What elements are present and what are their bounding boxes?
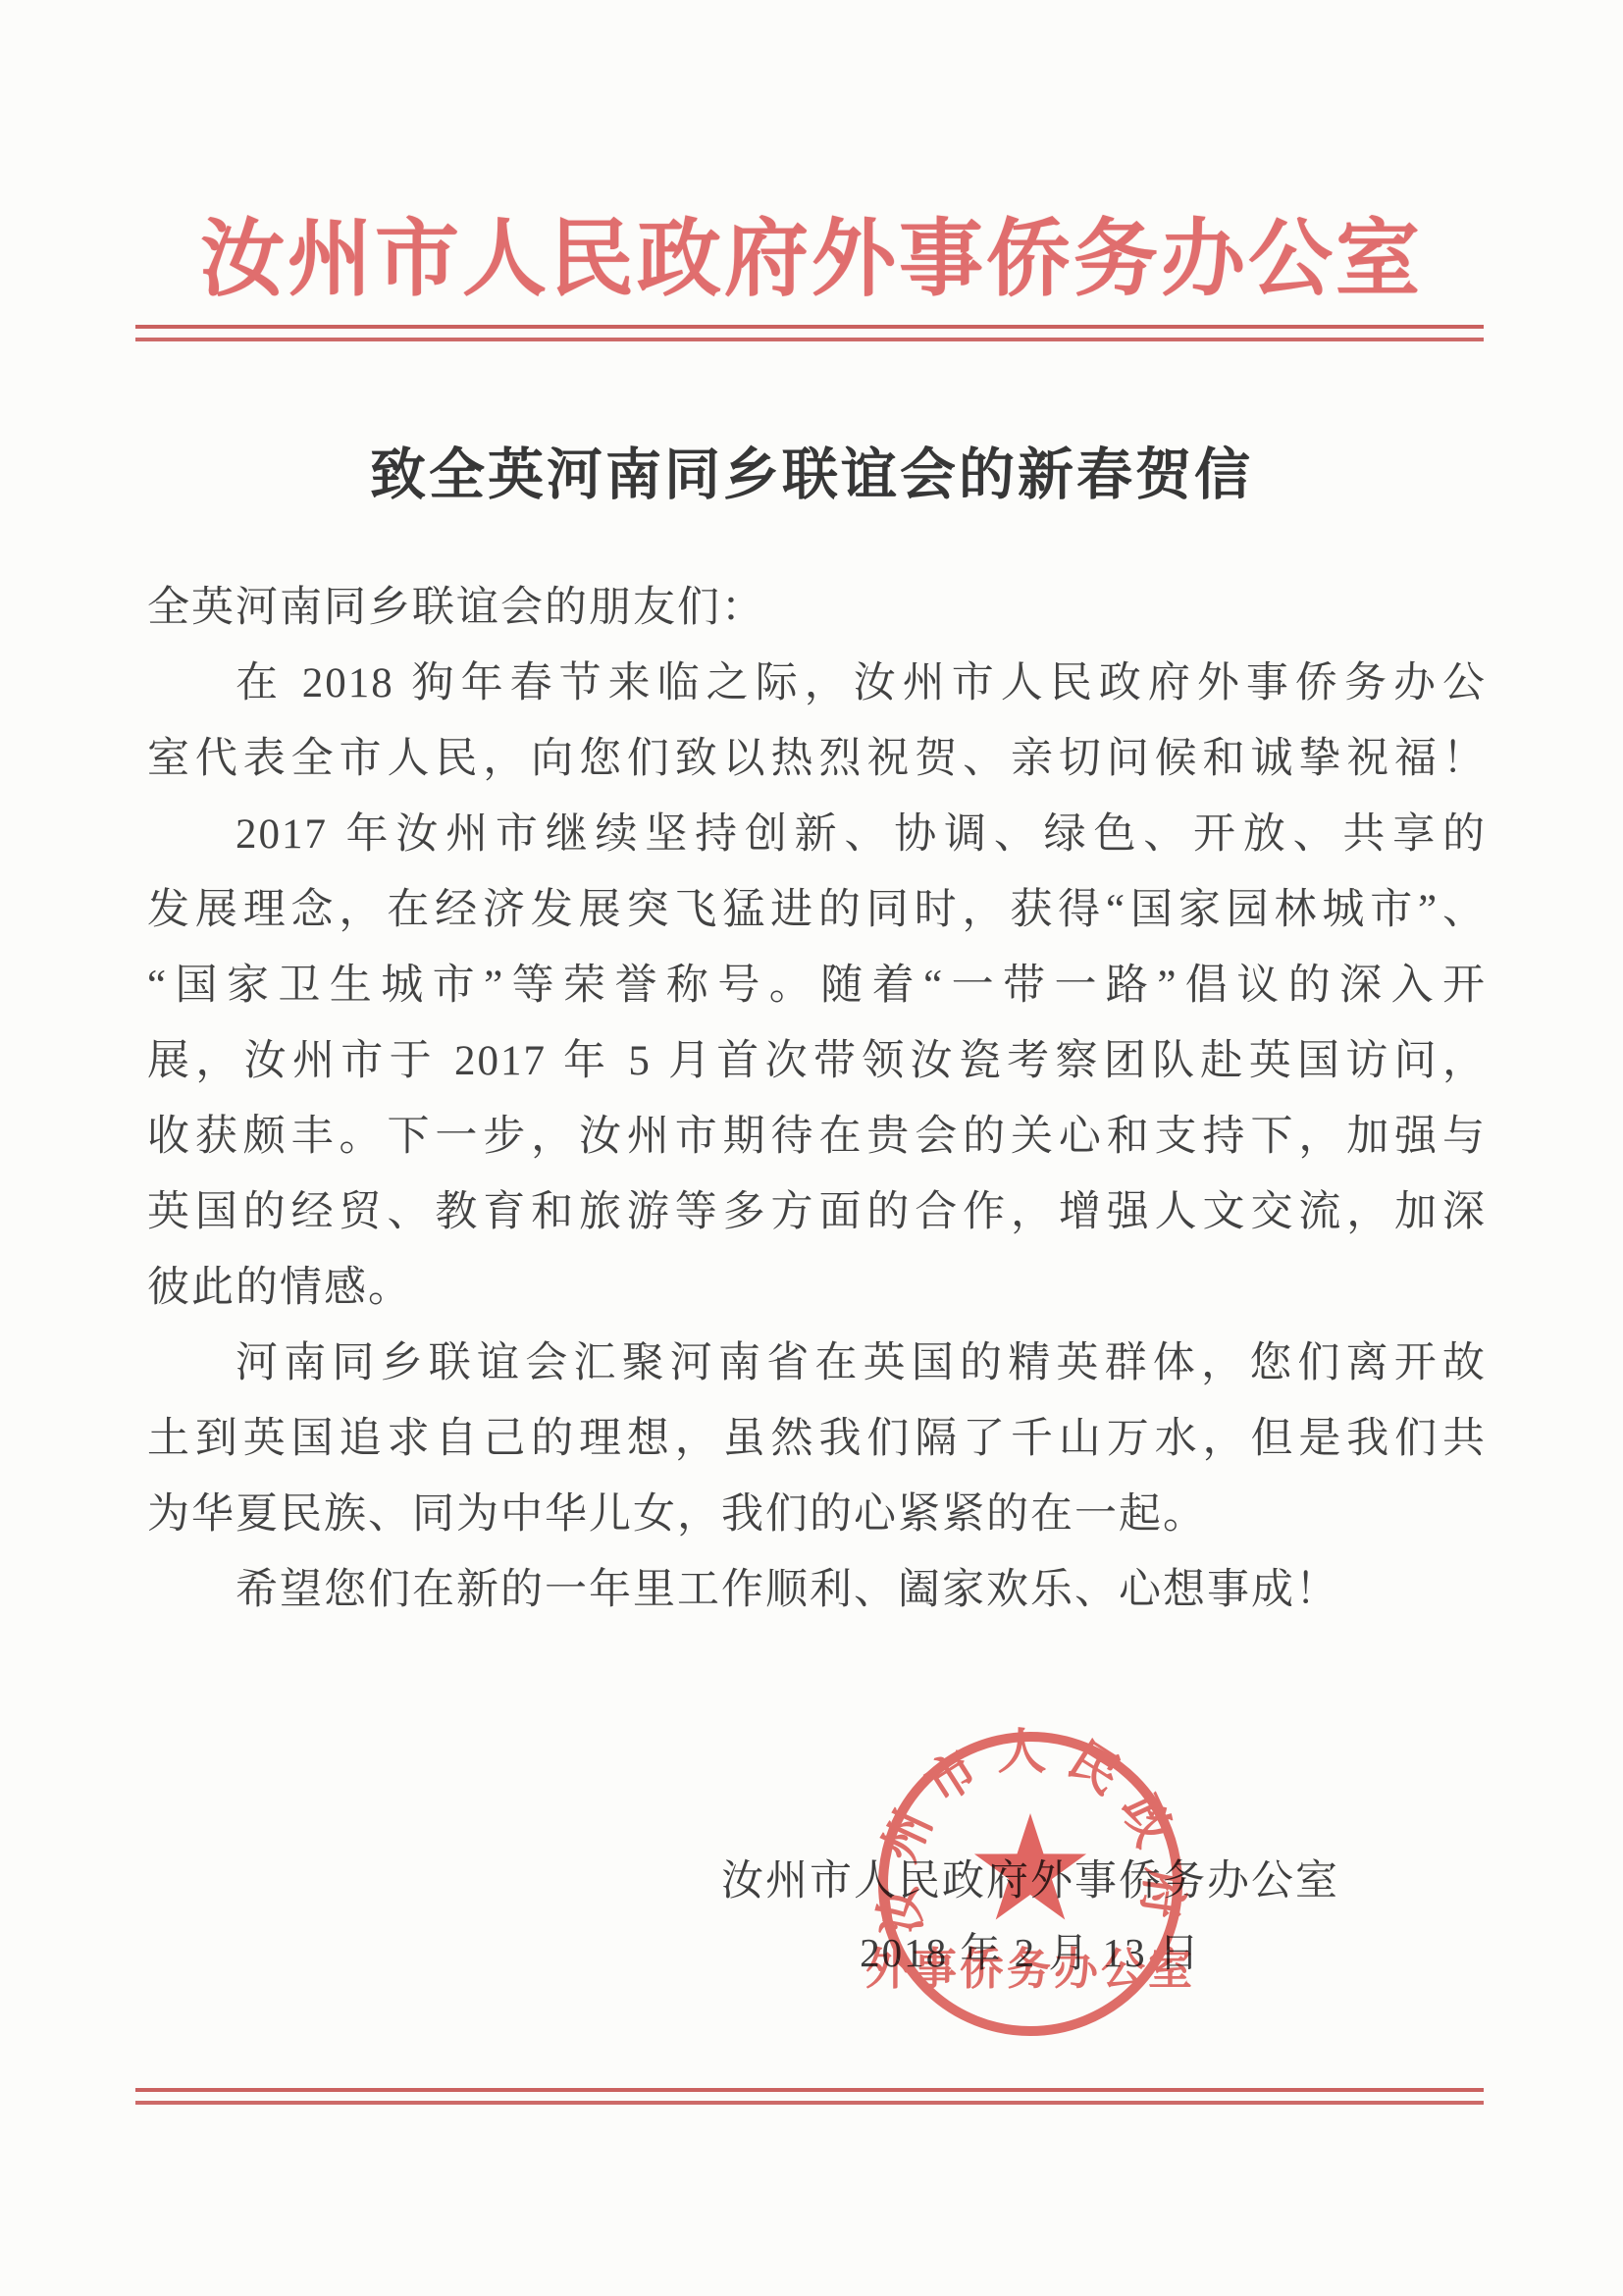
body-line: 希望您们在新的一年里工作顺利、阖家欢乐、心想事成！ bbox=[147, 1552, 1487, 1628]
body-line: 发展理念，在经济发展突飞猛进的同时，获得“国家园林城市”、 bbox=[147, 872, 1487, 948]
body-line: 彼此的情感。 bbox=[147, 1250, 1487, 1326]
letter-body: 全英河南同乡联谊会的朋友们： 在 2018 狗年春节来临之际，汝州市人民政府外事… bbox=[147, 570, 1487, 1628]
letter-title: 致全英河南同乡联谊会的新春贺信 bbox=[0, 430, 1623, 510]
footer-rule-lower bbox=[135, 2101, 1484, 2105]
body-line: “国家卫生城市”等荣誉称号。随着“一带一路”倡议的深入开 bbox=[147, 948, 1487, 1023]
seal-bottom-text: 外事侨务办公室 bbox=[865, 1945, 1195, 1994]
scanned-letter-page: 汝州市人民政府外事侨务办公室 致全英河南同乡联谊会的新春贺信 全英河南同乡联谊会… bbox=[0, 0, 1623, 2296]
body-line: 河南同乡联谊会汇聚河南省在英国的精英群体，您们离开故 bbox=[147, 1326, 1487, 1401]
body-line: 土到英国追求自己的理想，虽然我们隔了千山万水，但是我们共 bbox=[147, 1401, 1487, 1477]
header-rule-upper bbox=[135, 325, 1484, 329]
seal-star-icon bbox=[974, 1813, 1086, 1920]
header-rule-lower bbox=[135, 338, 1484, 341]
body-line: 展，汝州市于 2017 年 5 月首次带领汝瓷考察团队赴英国访问， bbox=[147, 1023, 1487, 1099]
letterhead-org-title: 汝州市人民政府外事侨务办公室 bbox=[0, 190, 1623, 312]
body-line: 为华夏民族、同为中华儿女，我们的心紧紧的在一起。 bbox=[147, 1477, 1487, 1552]
official-seal: 汝州市人民政府 外事侨务办公室 bbox=[852, 1705, 1209, 2062]
salutation-line: 全英河南同乡联谊会的朋友们： bbox=[147, 570, 1487, 646]
body-line: 在 2018 狗年春节来临之际，汝州市人民政府外事侨务办公 bbox=[147, 646, 1487, 721]
body-line: 2017 年汝州市继续坚持创新、协调、绿色、开放、共享的 bbox=[147, 797, 1487, 872]
body-line: 收获颇丰。下一步，汝州市期待在贵会的关心和支持下，加强与 bbox=[147, 1099, 1487, 1174]
body-line: 英国的经贸、教育和旅游等多方面的合作，增强人文交流，加深 bbox=[147, 1174, 1487, 1250]
body-line: 室代表全市人民，向您们致以热烈祝贺、亲切问候和诚挚祝福！ bbox=[147, 721, 1487, 797]
footer-rule-upper bbox=[135, 2088, 1484, 2092]
